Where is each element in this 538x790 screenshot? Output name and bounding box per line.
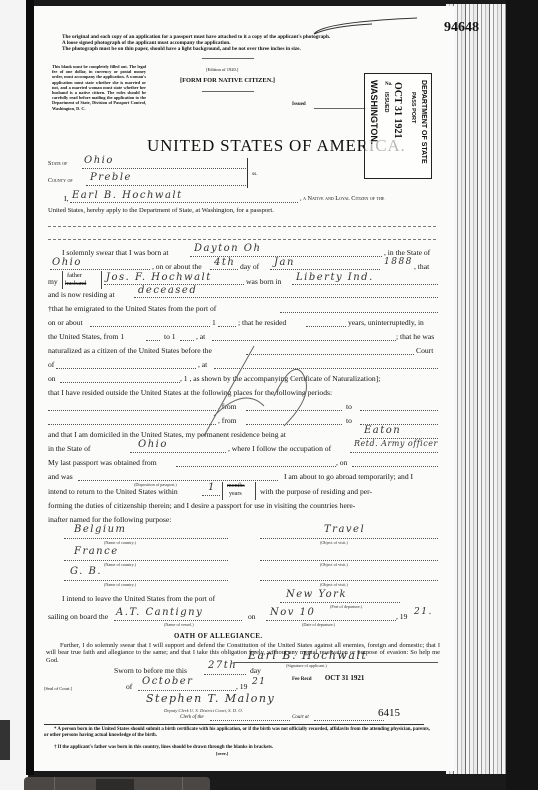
photo-instruction-3: The photograph must be on thin paper, sh… (62, 46, 432, 52)
scan-background (506, 0, 538, 790)
signature-caption: (Signature of applicant.) (286, 663, 327, 668)
birth-year: 1888 (384, 257, 413, 267)
port-caption: (Port of departure.) (330, 604, 362, 609)
last-passport-label: My last passport was obtained from (48, 458, 157, 467)
country-caption-3: (Name of country.) (104, 582, 136, 587)
year-prefix: 1 (212, 318, 216, 327)
country-caption-1: (Name of country.) (104, 540, 136, 545)
stamp-passport: PASS PORT (410, 92, 416, 123)
destination-country-2: France (74, 546, 119, 557)
state-of-label: , in the State of (384, 248, 430, 257)
resided-text: ; that he resided (238, 318, 286, 327)
clerk-of-label: Clerk of the (180, 715, 204, 720)
domicile-text: and that I am domiciled in the United St… (48, 430, 286, 439)
department-of-state-stamp: DEPARTMENT OF STATE PASS PORT OCT 31 192… (364, 73, 432, 179)
object-caption-3: (Object of visit.) (320, 582, 348, 587)
named-text: inafter named for the following purpose: (48, 515, 171, 524)
stamp-city: WASHINGTON. (369, 80, 379, 144)
born-in-label: was born in (246, 277, 281, 286)
destination-object-1: Travel (324, 524, 365, 535)
image-viewer-toolbar[interactable] (24, 777, 210, 790)
birthplace: Dayton Oh (194, 243, 261, 254)
country-caption-2: (Name of country.) (104, 562, 136, 567)
last-passport-on-label: , on (336, 458, 347, 467)
court-label: Court (416, 346, 433, 355)
departure-on-label: on (248, 612, 256, 621)
sworn-day: 27th (208, 660, 237, 671)
residing-label: and is now residing at (48, 290, 115, 299)
birth-day: 4th (214, 257, 235, 268)
fee-received: Fee Recd (292, 677, 312, 682)
return-text: intend to return to the United States wi… (48, 487, 178, 496)
emigrated-text: †that he emigrated to the United States … (48, 304, 216, 313)
applicant-name: Earl B. Hochwalt (72, 190, 183, 201)
scan-artifact (0, 720, 10, 760)
stamp-date: OCT 31 1921 (392, 82, 403, 139)
naturalized-tail: ; that he was (396, 332, 434, 341)
form-type: [FORM FOR NATIVE CITIZEN.] (180, 77, 275, 84)
state-label: State of (48, 160, 67, 169)
purpose-text: with the purpose of residing and per- (260, 487, 372, 496)
oath-text: Further, I do solemnly swear that I will… (46, 642, 440, 664)
to-label-2: to (346, 416, 352, 425)
to-label: to 1 (164, 332, 176, 341)
sworn-birth-text: I solemnly swear that I was born at (62, 248, 169, 257)
destination-country-3: G. B. (70, 566, 102, 577)
citizen-text: , a Native and Loyal Citizen of the (300, 194, 384, 203)
to-label-1: to (346, 402, 352, 411)
side-note: This blank must be completely filled out… (52, 64, 146, 111)
departure-year: 21. (414, 607, 433, 617)
day-label: day (250, 666, 261, 675)
seal-label: [Seal of Court.] (44, 684, 72, 693)
birth-state: Ohio (52, 257, 82, 268)
clerk-title: Deputy Clerk U. S. District Court, S. D.… (164, 708, 243, 713)
ship-caption: (Name of vessel.) (164, 622, 194, 627)
clerk-signature: Stephen T. Malony (146, 692, 275, 705)
of-month-label: of (126, 682, 132, 691)
about-label: , on or about the (152, 262, 202, 271)
edition-label: [Edition of 1920.] (206, 67, 238, 72)
stamp-issued: ISSUED (383, 92, 389, 112)
serial-number: 94648 (444, 20, 479, 36)
applicant-signature: Earl B. Hochwalt (248, 649, 367, 662)
over-label: [over.] (216, 751, 228, 756)
departure-year-prefix: , 19 (396, 612, 407, 621)
sworn-month: October (142, 676, 193, 687)
pen-mark (312, 14, 422, 36)
sworn-year: 21 (252, 677, 266, 687)
abroad-text: I am about to go abroad temporarily; and… (284, 472, 413, 481)
apply-text: United States, hereby apply to the Depar… (48, 206, 274, 215)
us-from-label: the United States, from 1 (48, 332, 124, 341)
father-residence: deceased (138, 285, 197, 296)
stamp-no-label: No. (385, 82, 392, 87)
fee-date: OCT 31 1921 (325, 674, 365, 682)
toolbar-divider (54, 777, 55, 790)
page-edges (446, 4, 506, 774)
departure-port: New York (286, 589, 347, 600)
court-at-label: Court at (292, 715, 309, 720)
departure-date: Nov 10 (270, 607, 315, 618)
object-caption-2: (Object of visit.) (320, 562, 348, 567)
stamp-department: DEPARTMENT OF STATE (420, 80, 427, 164)
occupation: Retd. Army officer (354, 439, 438, 448)
toolbar-divider (182, 777, 183, 790)
fee-stamp: Fee Recd OCT 31 1921 (292, 674, 364, 682)
toolbar-active-button[interactable] (96, 779, 134, 790)
domicile-state: Ohio (138, 439, 168, 450)
day-of-label: day of (240, 262, 259, 271)
oath-heading: OATH OF ALLEGIANCE. (174, 632, 263, 641)
object-caption-1: (Object of visit.) (320, 540, 348, 545)
leave-text: I intend to leave the United States from… (62, 594, 215, 603)
sailing-label: sailing on board the (48, 612, 108, 621)
footnote-birth-certificate: * A person born in the United States sho… (44, 727, 434, 738)
sworn-label: Sworn to before me this (114, 666, 187, 675)
occupation-label: , where I follow the occupation of (228, 444, 331, 453)
file-number: 6415 (378, 707, 400, 719)
ss-label: ss. (252, 170, 258, 179)
state-value: Ohio (84, 155, 114, 166)
of-label: of (48, 360, 54, 369)
return-value: 1 (208, 482, 216, 493)
passport-application-page: 94648 The original and each copy of an a… (34, 6, 454, 771)
county-value: Preble (90, 172, 132, 183)
domicile-state-label: in the State of (48, 444, 90, 453)
footnote-father-born: † If the applicant's father was born in … (54, 745, 273, 750)
and-was-label: and was (48, 472, 73, 481)
adjacent-page-strip (0, 0, 28, 790)
issued-label: Issued (292, 102, 306, 107)
date-caption: (Date of departure.) (302, 622, 335, 627)
book-spine (26, 0, 34, 775)
bracket (244, 158, 248, 188)
sworn-year-label: , 19 (236, 682, 247, 691)
destination-country-1: Belgium (74, 524, 127, 535)
option-husband: husband (65, 279, 86, 288)
father-name: Jos. F. Hochwalt (106, 272, 212, 283)
that-label: , that (414, 262, 429, 271)
ship-name: A.T. Cantigny (116, 607, 203, 618)
domicile-city: Eaton (364, 425, 401, 436)
father-husband-bracket: father husband (62, 271, 102, 289)
years-text: years, uninterruptedly, in (348, 318, 424, 327)
on-label: on (48, 374, 56, 383)
applicant-prefix: I, (64, 194, 68, 203)
months-years-bracket: months years (222, 482, 256, 500)
option-years: years (229, 490, 242, 499)
father-birthplace: Liberty Ind. (296, 272, 374, 283)
my-label: my (48, 277, 58, 286)
duties-text: forming the duties of citizenship therei… (48, 501, 355, 510)
on-or-about-label: on or about (48, 318, 83, 327)
birth-month: Jan (274, 257, 295, 268)
county-label: County of (48, 177, 73, 186)
